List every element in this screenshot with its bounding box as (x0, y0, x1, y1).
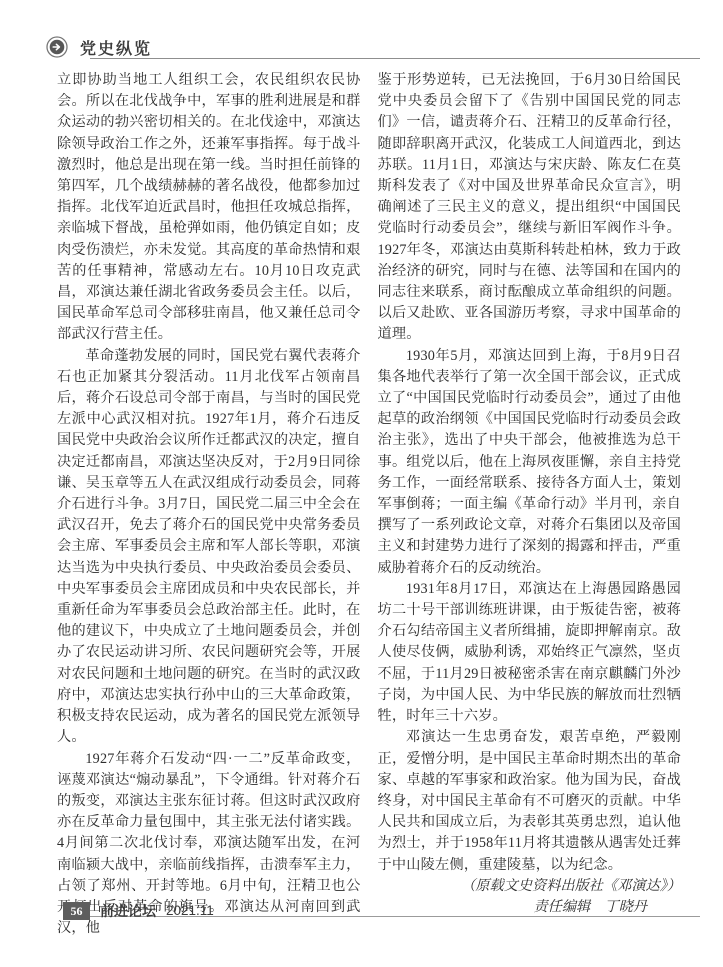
paragraph: 革命蓬勃发展的同时，国民党右翼代表蒋介石也正加紧其分裂活动。11月北伐军占领南昌… (57, 346, 361, 749)
left-column: 立即协助当地工人组织工会，农民组织农民协会。所以在北伐战争中，军事的胜利进展是和… (57, 70, 361, 939)
page-number-badge: 56 (63, 902, 90, 920)
issue-number: 2021.11 (166, 902, 214, 920)
paragraph: 邓演达一生忠勇奋发，艰苦卓绝，严毅刚正，爱憎分明，是中国民主革命时期杰出的革命家… (378, 727, 682, 875)
page-header: 党史纵览 (46, 35, 152, 59)
arrow-circle-icon (46, 36, 68, 58)
paragraph: 鉴于形势逆转，已无法挽回，于6月30日给国民党中央委员会留下了《告别中国国民党的… (378, 70, 682, 346)
footer-rule (64, 916, 700, 917)
paragraph: 1931年8月17日，邓演达在上海愚园路愚园坊二十号干部训练班讲课，由于叛徒告密… (378, 579, 682, 727)
paragraph: 1930年5月，邓演达回到上海，于8月9日召集各地代表举行了第一次全国干部会议，… (378, 346, 682, 579)
source-attribution: （原载文史资料出版社《邓演达》） (378, 876, 682, 897)
magazine-page: 党史纵览 立即协助当地工人组织工会，农民组织农民协会。所以在北伐战争中，军事的胜… (0, 0, 723, 967)
header-rule (90, 58, 700, 59)
editor-credit: 责任编辑 丁晓丹 (378, 897, 682, 918)
paragraph: 立即协助当地工人组织工会，农民组织农民协会。所以在北伐战争中，军事的胜利进展是和… (57, 70, 361, 346)
article-body: 立即协助当地工人组织工会，农民组织农民协会。所以在北伐战争中，军事的胜利进展是和… (57, 70, 681, 939)
right-column: 鉴于形势逆转，已无法挽回，于6月30日给国民党中央委员会留下了《告别中国国民党的… (378, 70, 682, 939)
section-label: 党史纵览 (80, 36, 152, 59)
journal-name: 前进论坛 (100, 902, 156, 920)
